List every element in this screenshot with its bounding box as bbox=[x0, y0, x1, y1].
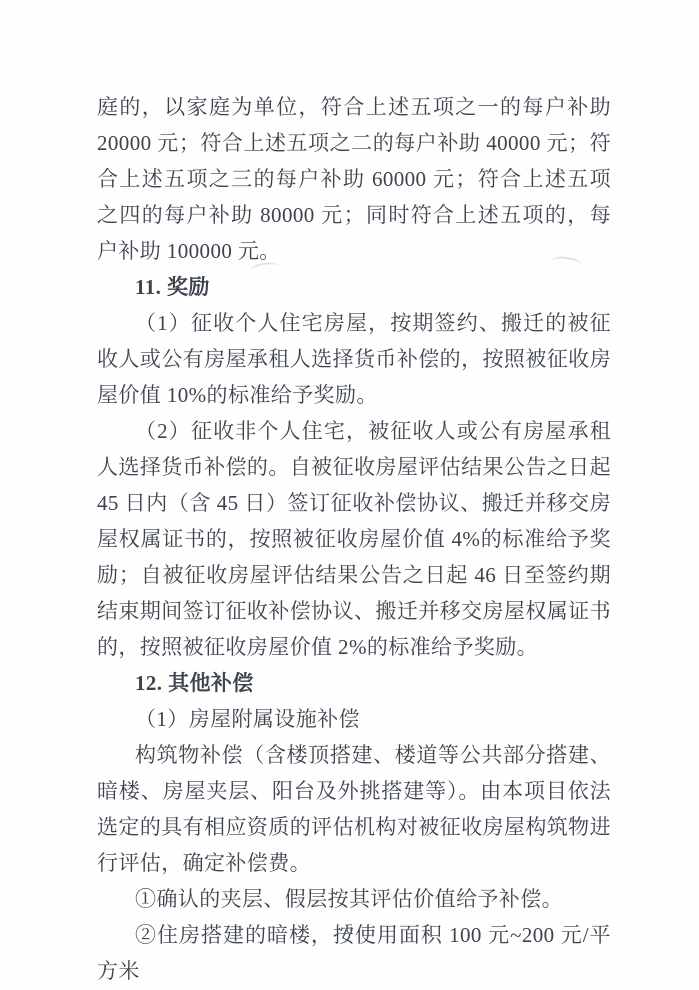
paragraph-attached-facilities-title: （1）房屋附属设施补偿 bbox=[97, 701, 611, 737]
page-footer: 6 bbox=[0, 920, 699, 938]
paragraph-item-1-mezzanine: ①确认的夹层、假层按其评估价值给予补偿。 bbox=[97, 881, 611, 917]
page-number: 6 bbox=[346, 922, 354, 937]
heading-11-reward: 11. 奖励 bbox=[97, 269, 611, 305]
paragraph-reward-non-individual-residential: （2）征收非个人住宅，被征收人或公有房屋承租人选择货币补偿的。自被征收房屋评估结… bbox=[97, 413, 611, 665]
document-page: 庭的，以家庭为单位，符合上述五项之一的每户补助 20000 元；符合上述五项之二… bbox=[0, 0, 699, 990]
paragraph-structures-compensation: 构筑物补偿（含楼顶搭建、楼道等公共部分搭建、暗楼、房屋夹层、阳台及外挑搭建等）。… bbox=[97, 737, 611, 881]
paragraph-subsidy-continued: 庭的，以家庭为单位，符合上述五项之一的每户补助 20000 元；符合上述五项之二… bbox=[97, 89, 611, 269]
heading-12-other-compensation: 12. 其他补偿 bbox=[97, 665, 611, 701]
paragraph-reward-individual-residential: （1）征收个人住宅房屋，按期签约、搬迁的被征收人或公有房屋承租人选择货币补偿的，… bbox=[97, 305, 611, 413]
document-body: 庭的，以家庭为单位，符合上述五项之一的每户补助 20000 元；符合上述五项之二… bbox=[97, 89, 611, 989]
